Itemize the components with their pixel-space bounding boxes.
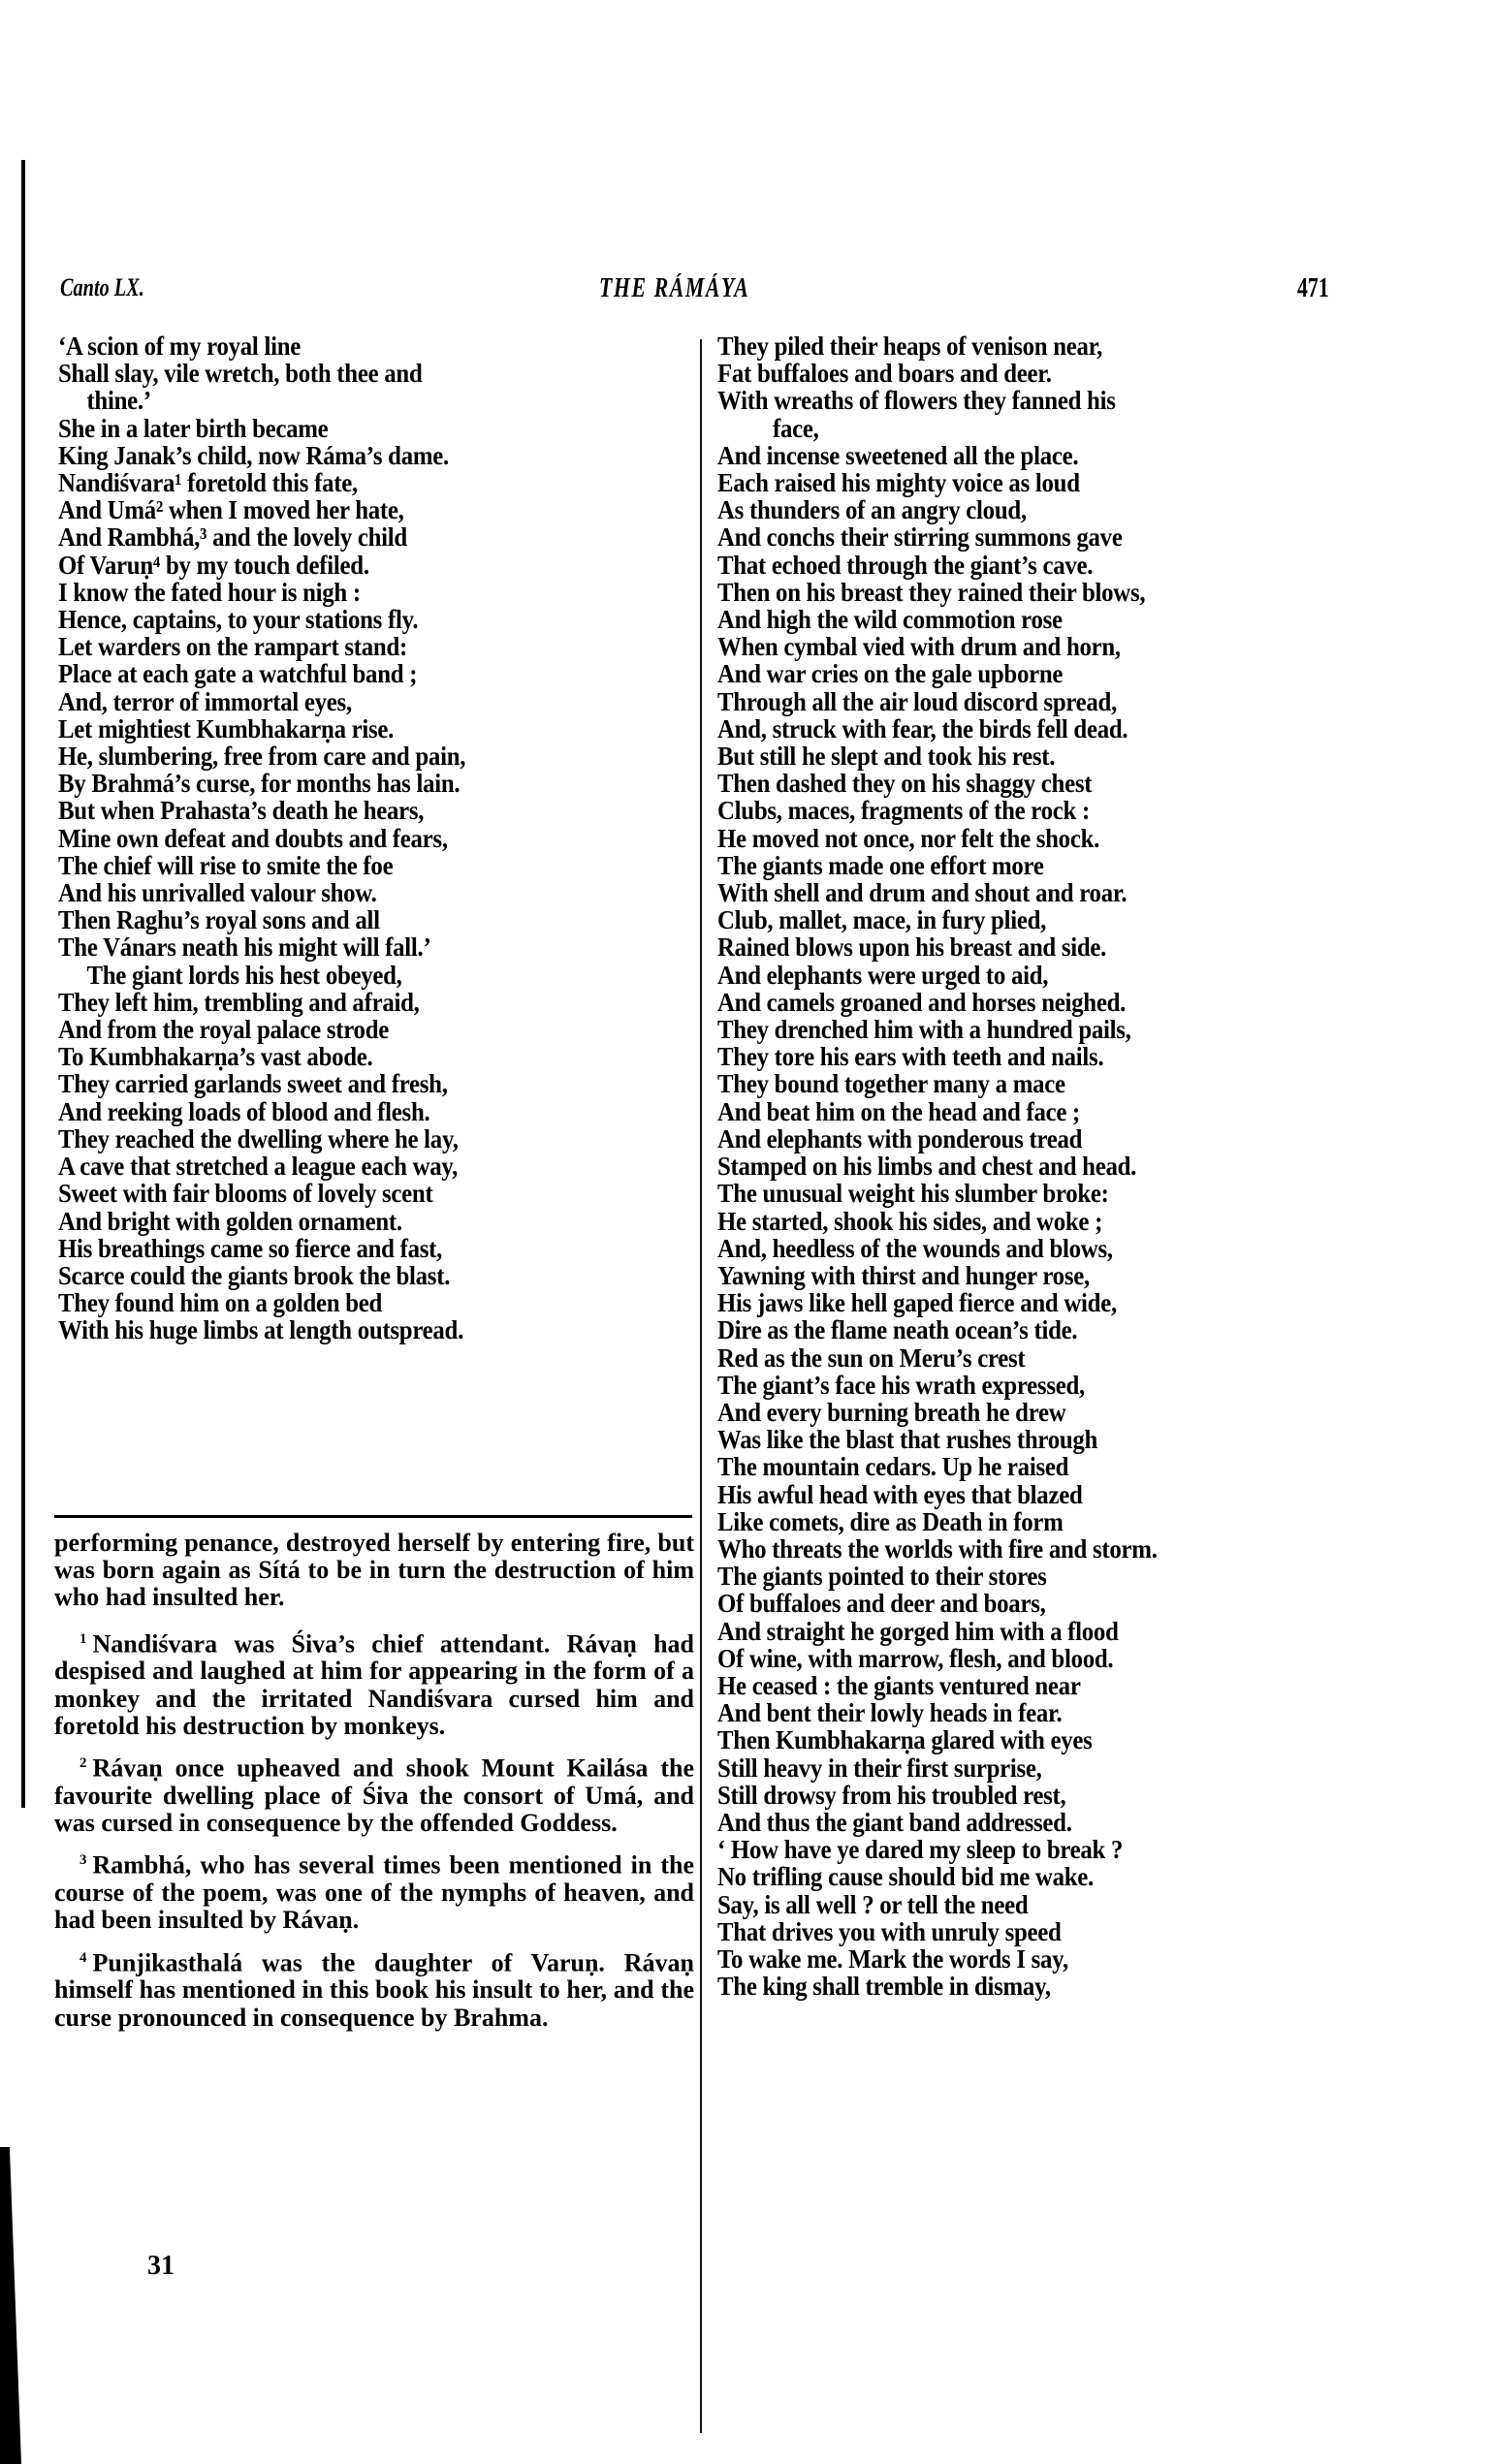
footnote-marker: 3 bbox=[79, 1852, 87, 1868]
verse-line: Of Varuṇ⁴ by my touch defiled. bbox=[58, 552, 647, 579]
right-column-verse: They piled their heaps of venison near,F… bbox=[717, 332, 1386, 2000]
verse-line: Then Kumbhakarṇa glared with eyes bbox=[717, 1726, 1333, 1753]
footnote: 1Nandiśvara was Śiva’s chief attendant. … bbox=[54, 1626, 694, 1740]
verse-line: Like comets, dire as Death in form bbox=[717, 1508, 1333, 1535]
verse-line: Clubs, maces, fragments of the rock : bbox=[717, 797, 1333, 824]
footnote-list: 1Nandiśvara was Śiva’s chief attendant. … bbox=[54, 1626, 694, 2032]
verse-line: Mine own defeat and doubts and fears, bbox=[58, 825, 647, 852]
verse-line: ‘A scion of my royal line bbox=[58, 332, 647, 360]
verse-line: They carried garlands sweet and fresh, bbox=[58, 1070, 647, 1097]
footnote-marker: 4 bbox=[79, 1950, 87, 1966]
verse-line: The king shall tremble in dismay, bbox=[717, 1973, 1333, 2000]
verse-line: Hence, captains, to your stations fly. bbox=[58, 606, 647, 633]
verse-line: His breathings came so fierce and fast, bbox=[58, 1235, 647, 1262]
canto-label: Canto LX. bbox=[60, 273, 144, 302]
verse-line: He moved not once, nor felt the shock. bbox=[717, 825, 1333, 852]
verse-line: Rained blows upon his breast and side. bbox=[717, 933, 1333, 961]
verse-line: To Kumbhakarṇa’s vast abode. bbox=[58, 1043, 647, 1070]
left-column-verse: ‘A scion of my royal lineShall slay, vil… bbox=[58, 332, 698, 1344]
verse-line: And reeking loads of blood and flesh. bbox=[58, 1098, 647, 1125]
footnote: 3Rambhá, who has several times been ment… bbox=[54, 1847, 694, 1934]
verse-line: Let mightiest Kumbhakarṇa rise. bbox=[58, 715, 647, 742]
verse-line: To wake me. Mark the words I say, bbox=[717, 1945, 1333, 1973]
footnote: 4Punjikasthalá was the daughter of Varuṇ… bbox=[54, 1944, 694, 2032]
verse-line: She in a later birth became bbox=[58, 415, 647, 442]
verse-line: And, terror of immortal eyes, bbox=[58, 688, 647, 715]
verse-line: They drenched him with a hundred pails, bbox=[717, 1016, 1333, 1043]
verse-line: They tore his ears with teeth and nails. bbox=[717, 1043, 1333, 1070]
verse-line: Let warders on the rampart stand: bbox=[58, 633, 647, 660]
verse-line: He, slumbering, free from care and pain, bbox=[58, 742, 647, 770]
footnote: 2Rávaṇ once upheaved and shook Mount Kai… bbox=[54, 1750, 694, 1837]
verse-line: When cymbal vied with drum and horn, bbox=[717, 633, 1333, 660]
verse-line: With shell and drum and shout and roar. bbox=[717, 879, 1333, 906]
verse-line: And high the wild commotion rose bbox=[717, 606, 1333, 633]
verse-line: And from the royal palace strode bbox=[58, 1016, 647, 1043]
verse-line: No trifling cause should bid me wake. bbox=[717, 1863, 1333, 1890]
verse-line: And Umá² when I moved her hate, bbox=[58, 496, 647, 523]
verse-line: And elephants with ponderous tread bbox=[717, 1125, 1333, 1153]
verse-line: ‘ How have ye dared my sleep to break ? bbox=[717, 1836, 1333, 1863]
verse-line: But still he slept and took his rest. bbox=[717, 742, 1333, 770]
verse-line: Fat buffaloes and boars and deer. bbox=[717, 360, 1333, 387]
scan-edge-line bbox=[21, 160, 25, 1808]
verse-line: And, heedless of the wounds and blows, bbox=[717, 1235, 1333, 1262]
verse-line: And Rambhá,³ and the lovely child bbox=[58, 523, 647, 551]
verse-line: And thus the giant band addressed. bbox=[717, 1809, 1333, 1836]
verse-line: Who threats the worlds with fire and sto… bbox=[717, 1535, 1333, 1563]
verse-line: As thunders of an angry cloud, bbox=[717, 496, 1333, 523]
verse-line: And, struck with fear, the birds fell de… bbox=[717, 715, 1333, 742]
verse-line: And his unrivalled valour show. bbox=[58, 879, 647, 906]
book-title: THE RÁMÁYA bbox=[599, 273, 749, 304]
verse-line: Was like the blast that rushes through bbox=[717, 1426, 1333, 1453]
verse-line: And incense sweetened all the place. bbox=[717, 442, 1333, 469]
footnote-rule bbox=[54, 1515, 692, 1518]
verse-line: His jaws like hell gaped fierce and wide… bbox=[717, 1289, 1333, 1316]
verse-line: The giants made one effort more bbox=[717, 852, 1333, 879]
verse-line: And bright with golden ornament. bbox=[58, 1208, 647, 1235]
verse-line: face, bbox=[717, 415, 1333, 442]
footnote-text: Rávaṇ once upheaved and shook Mount Kail… bbox=[54, 1754, 694, 1837]
column-divider bbox=[700, 339, 702, 2433]
verse-line: His awful head with eyes that blazed bbox=[717, 1481, 1333, 1508]
footnote-continuation: performing penance, destroyed herself by… bbox=[54, 1530, 694, 1612]
verse-line: thine.’ bbox=[58, 387, 647, 414]
scan-edge-shadow bbox=[0, 2147, 21, 2464]
verse-line: And straight he gorged him with a flood bbox=[717, 1618, 1333, 1645]
verse-line: That drives you with unruly speed bbox=[717, 1918, 1333, 1945]
verse-line: And bent their lowly heads in fear. bbox=[717, 1699, 1333, 1726]
footnote-text: Punjikasthalá was the daughter of Varuṇ.… bbox=[54, 1948, 694, 2031]
verse-line: Then on his breast they rained their blo… bbox=[717, 579, 1333, 606]
verse-line: Dire as the flame neath ocean’s tide. bbox=[717, 1316, 1333, 1343]
verse-line: Then Raghu’s royal sons and all bbox=[58, 906, 647, 933]
verse-line: Still heavy in their first surprise, bbox=[717, 1754, 1333, 1782]
verse-line: They piled their heaps of venison near, bbox=[717, 332, 1333, 360]
verse-line: Shall slay, vile wretch, both thee and bbox=[58, 360, 647, 387]
verse-line: With his huge limbs at length outspread. bbox=[58, 1316, 647, 1343]
verse-line: Of wine, with marrow, flesh, and blood. bbox=[717, 1645, 1333, 1672]
verse-line: Still drowsy from his troubled rest, bbox=[717, 1782, 1333, 1809]
verse-line: But when Prahasta’s death he hears, bbox=[58, 797, 647, 824]
verse-line: They bound together many a mace bbox=[717, 1070, 1333, 1097]
footnote-text: Rambhá, who has several times been menti… bbox=[54, 1851, 694, 1934]
verse-line: He ceased : the giants ventured near bbox=[717, 1672, 1333, 1699]
verse-line: And elephants were urged to aid, bbox=[717, 962, 1333, 989]
verse-line: The mountain cedars. Up he raised bbox=[717, 1453, 1333, 1480]
verse-line: Stamped on his limbs and chest and head. bbox=[717, 1153, 1333, 1180]
verse-line: The chief will rise to smite the foe bbox=[58, 852, 647, 879]
verse-line: He started, shook his sides, and woke ; bbox=[717, 1208, 1333, 1235]
verse-line: Scarce could the giants brook the blast. bbox=[58, 1262, 647, 1289]
footnote-text: Nandiśvara was Śiva’s chief attendant. R… bbox=[54, 1629, 694, 1740]
running-header: Canto LX. THE RÁMÁYA 471 bbox=[0, 273, 1493, 312]
verse-line: With wreaths of flowers they fanned his bbox=[717, 387, 1333, 414]
verse-line: And camels groaned and horses neighed. bbox=[717, 989, 1333, 1016]
verse-line: The Vánars neath his might will fall.’ bbox=[58, 933, 647, 961]
footnote-marker: 1 bbox=[79, 1631, 87, 1647]
page-number: 471 bbox=[1297, 273, 1329, 304]
verse-line: Say, is all well ? or tell the need bbox=[717, 1891, 1333, 1918]
verse-line: Red as the sun on Meru’s crest bbox=[717, 1344, 1333, 1372]
verse-line: That echoed through the giant’s cave. bbox=[717, 552, 1333, 579]
verse-line: They left him, trembling and afraid, bbox=[58, 989, 647, 1016]
verse-line: The giant’s face his wrath expressed, bbox=[717, 1372, 1333, 1399]
verse-line: They found him on a golden bed bbox=[58, 1289, 647, 1316]
verse-line: The giant lords his hest obeyed, bbox=[58, 962, 647, 989]
verse-line: By Brahmá’s curse, for months has lain. bbox=[58, 770, 647, 797]
verse-line: Yawning with thirst and hunger rose, bbox=[717, 1262, 1333, 1289]
verse-line: Then dashed they on his shaggy chest bbox=[717, 770, 1333, 797]
verse-line: Each raised his mighty voice as loud bbox=[717, 469, 1333, 496]
verse-line: King Janak’s child, now Ráma’s dame. bbox=[58, 442, 647, 469]
verse-line: And war cries on the gale upborne bbox=[717, 660, 1333, 687]
verse-line: Sweet with fair blooms of lovely scent bbox=[58, 1180, 647, 1207]
signature-mark: 31 bbox=[147, 2251, 175, 2282]
verse-line: Club, mallet, mace, in fury plied, bbox=[717, 906, 1333, 933]
footnote-marker: 2 bbox=[79, 1755, 87, 1771]
verse-line: Through all the air loud discord spread, bbox=[717, 688, 1333, 715]
verse-line: And conchs their stirring summons gave bbox=[717, 523, 1333, 551]
verse-line: Place at each gate a watchful band ; bbox=[58, 660, 647, 687]
verse-line: I know the fated hour is nigh : bbox=[58, 579, 647, 606]
verse-line: The giants pointed to their stores bbox=[717, 1563, 1333, 1590]
verse-line: And every burning breath he drew bbox=[717, 1399, 1333, 1426]
verse-line: A cave that stretched a league each way, bbox=[58, 1153, 647, 1180]
verse-line: And beat him on the head and face ; bbox=[717, 1098, 1333, 1125]
verse-line: Nandiśvara¹ foretold this fate, bbox=[58, 469, 647, 496]
footnotes: performing penance, destroyed herself by… bbox=[54, 1530, 694, 2041]
verse-line: Of buffaloes and deer and boars, bbox=[717, 1590, 1333, 1617]
verse-line: They reached the dwelling where he lay, bbox=[58, 1125, 647, 1153]
verse-line: The unusual weight his slumber broke: bbox=[717, 1180, 1333, 1207]
